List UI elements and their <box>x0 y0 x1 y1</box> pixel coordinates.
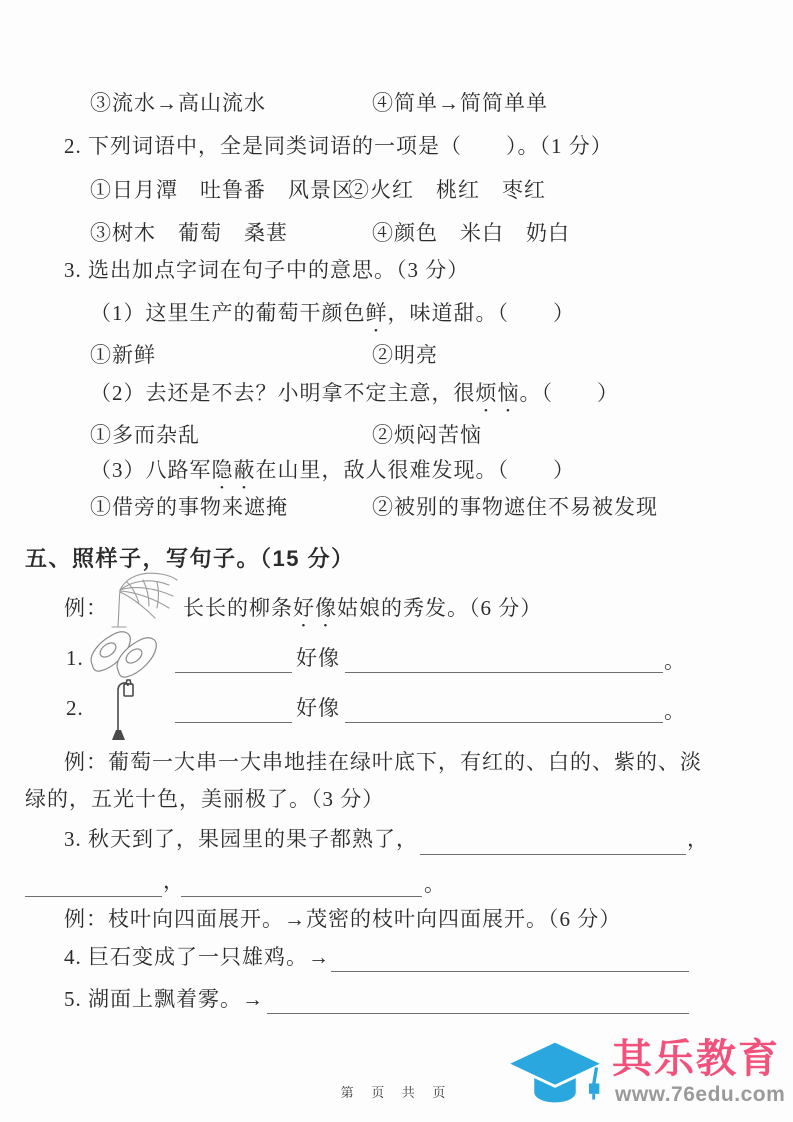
q3-sub3-option-2: ②被别的事物遮住不易被发现 <box>372 492 658 522</box>
answer-blank <box>345 721 663 723</box>
street-lamp-image <box>106 676 136 742</box>
text-segment: 。（ ） <box>520 381 620 405</box>
item-3-comma-2: ， <box>163 866 185 896</box>
answer-blank <box>345 671 663 673</box>
q1-option-4: ④简单→简简单单 <box>372 88 548 118</box>
answer-blank <box>25 895 162 897</box>
item-4-stem: 4. 巨石变成了一只雄鸡。→ <box>64 942 330 972</box>
item-3-comma: ， <box>687 824 709 854</box>
emphasized-word: 烦恼 <box>476 381 520 405</box>
q3-stem: 3. 选出加点字词在句子中的意思。（3 分） <box>64 255 469 285</box>
test-paper-page: ③流水→高山流水 ④简单→简简单单 2. 下列词语中，全是同类词语的一项是（ ）… <box>0 0 793 1122</box>
q1-option-3: ③流水→高山流水 <box>90 88 266 118</box>
text-segment: 姑娘的秀发。（6 分） <box>337 596 542 620</box>
q3-sub2-sentence: （2）去还是不去？小明拿不定主意，很烦恼。（ ） <box>90 378 619 417</box>
q3-sub1-option-2: ②明亮 <box>372 340 438 370</box>
brand-website-url: www.76edu.com <box>615 1083 785 1107</box>
q2-option-3: ③树木 葡萄 桑葚 <box>90 218 288 248</box>
text-segment: 长长的柳条 <box>183 596 293 620</box>
emphasized-word: 好像 <box>293 596 337 620</box>
item-1-period: 。 <box>664 646 686 676</box>
answer-blank <box>175 671 292 673</box>
text-segment: （3）八路军 <box>90 458 212 482</box>
q3-sub1-option-1: ①新鲜 <box>90 340 156 370</box>
q3-sub3-option-1: ①借旁的事物来遮掩 <box>90 492 288 522</box>
text-segment: （2）去还是不去？小明拿不定主意，很 <box>90 381 476 405</box>
shoes-image <box>84 624 174 680</box>
q2-option-4: ④颜色 米白 奶白 <box>372 218 570 248</box>
graduation-cap-icon <box>505 1037 605 1113</box>
item-3-lead: 3. 秋天到了，果园里的果子都熟了， <box>64 824 418 854</box>
item-2-haoxiang: 好像 <box>296 693 340 723</box>
q2-option-2: ②火红 桃红 枣红 <box>348 175 546 205</box>
brand-logo-text: 其乐教育 <box>612 1038 780 1080</box>
emphasized-word: 隐蔽 <box>212 458 256 482</box>
answer-blank <box>175 721 292 723</box>
example-2-line-2: 绿的，五光十色，美丽极了。（3 分） <box>25 784 384 814</box>
answer-blank <box>181 895 422 897</box>
item-5-stem: 5. 湖面上飘着雾。→ <box>64 984 264 1014</box>
q3-sub3-sentence: （3）八路军隐蔽在山里，敌人很难发现。（ ） <box>90 455 575 494</box>
text-segment: 在山里，敌人很难发现。（ ） <box>256 458 576 482</box>
example-2-line-1: 例：葡萄一大串一大串地挂在绿叶底下，有红的、白的、紫的、淡 <box>64 747 702 777</box>
answer-blank <box>331 970 689 972</box>
answer-blank <box>420 853 686 855</box>
item-1-number: 1. <box>66 643 84 673</box>
q2-option-1: ①日月潭 吐鲁番 风景区 <box>90 175 354 205</box>
example-1-sentence: 长长的柳条好像姑娘的秀发。（6 分） <box>183 593 542 632</box>
item-1-haoxiang: 好像 <box>296 643 340 673</box>
example-3: 例：枝叶向四面展开。→茂密的枝叶向四面展开。（6 分） <box>64 904 621 934</box>
answer-blank <box>267 1012 689 1014</box>
item-3-period: 。 <box>424 869 446 899</box>
emphasized-word: 鲜 <box>366 301 388 325</box>
q3-sub2-option-1: ①多而杂乱 <box>90 420 200 450</box>
item-2-period: 。 <box>664 696 686 726</box>
q2-stem: 2. 下列词语中，全是同类词语的一项是（ ）。（1 分） <box>64 131 613 161</box>
text-segment: ，味道甜。（ ） <box>388 301 576 325</box>
item-2-number: 2. <box>66 693 84 723</box>
section-5-heading: 五、照样子，写句子。（15 分） <box>25 544 355 574</box>
q3-sub2-option-2: ②烦闷苦恼 <box>372 420 482 450</box>
willow-tree-image <box>99 568 179 630</box>
text-segment: （1）这里生产的葡萄干颜色 <box>90 301 366 325</box>
q3-sub1-sentence: （1）这里生产的葡萄干颜色鲜，味道甜。（ ） <box>90 298 575 337</box>
